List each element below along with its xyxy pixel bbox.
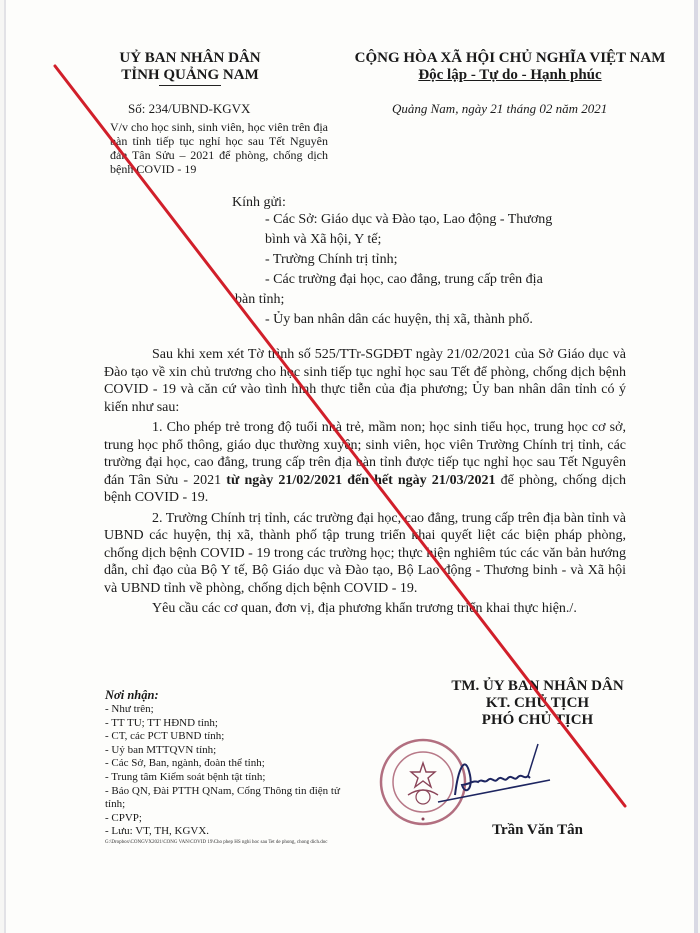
recipient-list: - Các Sở: Giáo dục và Đào tạo, Lao động … (265, 210, 620, 330)
body-item-2: 2. Trường Chính trị tỉnh, các trường đại… (104, 510, 626, 598)
issuer-header: UỶ BAN NHÂN DÂN TỈNH QUẢNG NAM (110, 50, 270, 86)
distribution-list: Nơi nhận: - Như trên; - TT TU; TT HĐND t… (105, 688, 340, 846)
recipient-line: - Trường Chính trị tỉnh; (265, 250, 620, 270)
signer-name: Trần Văn Tân (385, 822, 690, 839)
document-number: Số: 234/UBND-KGVX (128, 101, 250, 117)
body-item-1: 1. Cho phép trẻ trong độ tuổi nhà trẻ, m… (104, 419, 626, 507)
greeting: Kính gửi: (232, 195, 286, 211)
nation-header: CỘNG HÒA XÃ HỘI CHỦ NGHĨA VIỆT NAM Độc l… (330, 50, 690, 84)
recipient-line: - Ủy ban nhân dân các huyện, thị xã, thà… (265, 310, 620, 330)
item-1-dates: từ ngày 21/02/2021 đến hết ngày 21/03/20… (226, 473, 495, 488)
body-closing: Yêu cầu các cơ quan, đơn vị, địa phương … (104, 600, 626, 618)
distribution-item: - Lưu: VT, TH, KGVX. (105, 825, 340, 839)
handwritten-signature-icon (430, 740, 580, 810)
file-path-footnote: G:\Dropbox\CONGVX2021\CONG VAN\COVID 19\… (105, 840, 340, 846)
document-subject: V/v cho học sinh, sinh viên, học viên tr… (110, 120, 328, 176)
distribution-item: - Uỷ ban MTTQVN tỉnh; (105, 744, 340, 758)
distribution-title: Nơi nhận: (105, 688, 340, 703)
recipient-line: - Các trường đại học, cao đẳng, trung cấ… (265, 270, 620, 290)
distribution-item: - CT, các PCT UBND tỉnh; (105, 730, 340, 744)
recipient-line: bình và Xã hội, Y tế; (265, 230, 620, 250)
recipient-line: bàn tỉnh; (235, 290, 620, 310)
signature-line-2: KT. CHỦ TỊCH (385, 695, 690, 712)
signature-line-1: TM. ỦY BAN NHÂN DÂN (385, 678, 690, 695)
distribution-item: - Như trên; (105, 703, 340, 717)
issuer-line-1: UỶ BAN NHÂN DÂN (110, 50, 270, 67)
signature-block: TM. ỦY BAN NHÂN DÂN KT. CHỦ TỊCH PHÓ CHỦ… (385, 678, 690, 729)
recipient-line: - Các Sở: Giáo dục và Đào tạo, Lao động … (265, 210, 620, 230)
nation-motto: Độc lập - Tự do - Hạnh phúc (330, 67, 690, 84)
nation-title: CỘNG HÒA XÃ HỘI CHỦ NGHĨA VIỆT NAM (330, 50, 690, 67)
distribution-item: - CPVP; (105, 812, 340, 826)
date-line: Quảng Nam, ngày 21 tháng 02 năm 2021 (392, 101, 607, 117)
distribution-item: - TT TU; TT HĐND tỉnh; (105, 717, 340, 731)
issuer-underline (159, 85, 221, 86)
issuer-line-2: TỈNH QUẢNG NAM (110, 67, 270, 84)
document-body: Sau khi xem xét Tờ trình số 525/TTr-SGDĐ… (104, 346, 626, 621)
signature-line-3: PHÓ CHỦ TỊCH (385, 712, 690, 729)
distribution-item: - Báo QN, Đài PTTH QNam, Cổng Thông tin … (105, 785, 340, 812)
body-intro: Sau khi xem xét Tờ trình số 525/TTr-SGDĐ… (104, 346, 626, 416)
distribution-item: - Trung tâm Kiểm soát bệnh tật tỉnh; (105, 771, 340, 785)
distribution-item: - Các Sở, Ban, ngành, đoàn thể tỉnh; (105, 757, 340, 771)
